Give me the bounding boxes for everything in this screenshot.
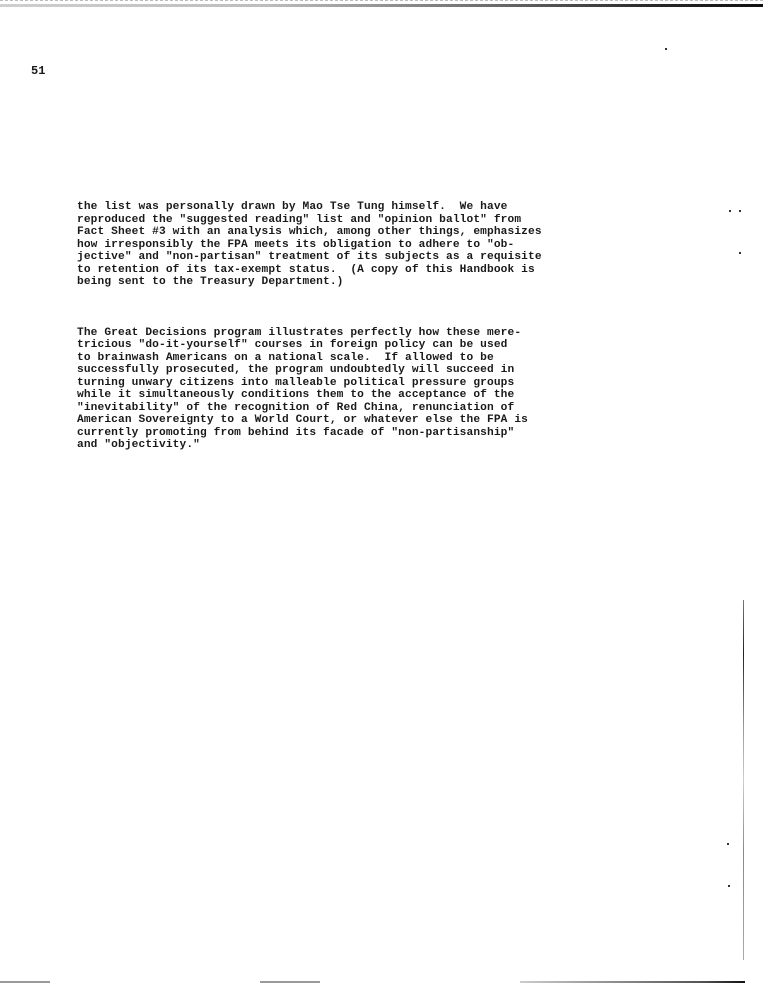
line: reproduced the "suggested reading" list …	[77, 214, 521, 226]
line: turning unwary citizens into malleable p…	[77, 377, 514, 389]
margin-speck	[729, 210, 731, 212]
margin-speck	[739, 252, 741, 254]
line: tricious "do-it-yourself" courses in for…	[77, 339, 508, 351]
line: successfully prosecuted, the program und…	[77, 364, 514, 376]
margin-speck	[739, 210, 741, 212]
margin-speck	[665, 48, 667, 50]
paragraph-2: The Great Decisions program illustrates …	[77, 327, 677, 452]
line: jective" and "non-partisan" treatment of…	[77, 251, 542, 263]
margin-speck	[728, 885, 730, 887]
line: how irresponsibly the FPA meets its obli…	[77, 239, 514, 251]
scan-bottom-edge	[520, 981, 745, 983]
scan-top-edge-shadow	[0, 4, 763, 7]
paragraph-1: the list was personally drawn by Mao Tse…	[77, 201, 677, 289]
line: and "objectivity."	[77, 439, 200, 451]
line: The Great Decisions program illustrates …	[77, 327, 521, 339]
scan-right-edge-line	[743, 600, 744, 960]
document-body: the list was personally drawn by Mao Tse…	[77, 176, 677, 465]
line: being sent to the Treasury Department.)	[77, 276, 344, 288]
line: "inevitability" of the recognition of Re…	[77, 402, 514, 414]
margin-speck	[727, 843, 729, 845]
line: American Sovereignty to a World Court, o…	[77, 414, 528, 426]
scan-bottom-edge	[260, 981, 320, 983]
line: to retention of its tax-exempt status. (…	[77, 264, 535, 276]
line: currently promoting from behind its faca…	[77, 427, 514, 439]
line: the list was personally drawn by Mao Tse…	[77, 201, 508, 213]
line: while it simultaneously conditions them …	[77, 389, 514, 401]
line: to brainwash Americans on a national sca…	[77, 352, 494, 364]
page-number: 51	[31, 64, 45, 78]
line: Fact Sheet #3 with an analysis which, am…	[77, 226, 542, 238]
scan-top-dotted-edge	[0, 0, 763, 2]
scan-bottom-edge	[0, 981, 50, 983]
